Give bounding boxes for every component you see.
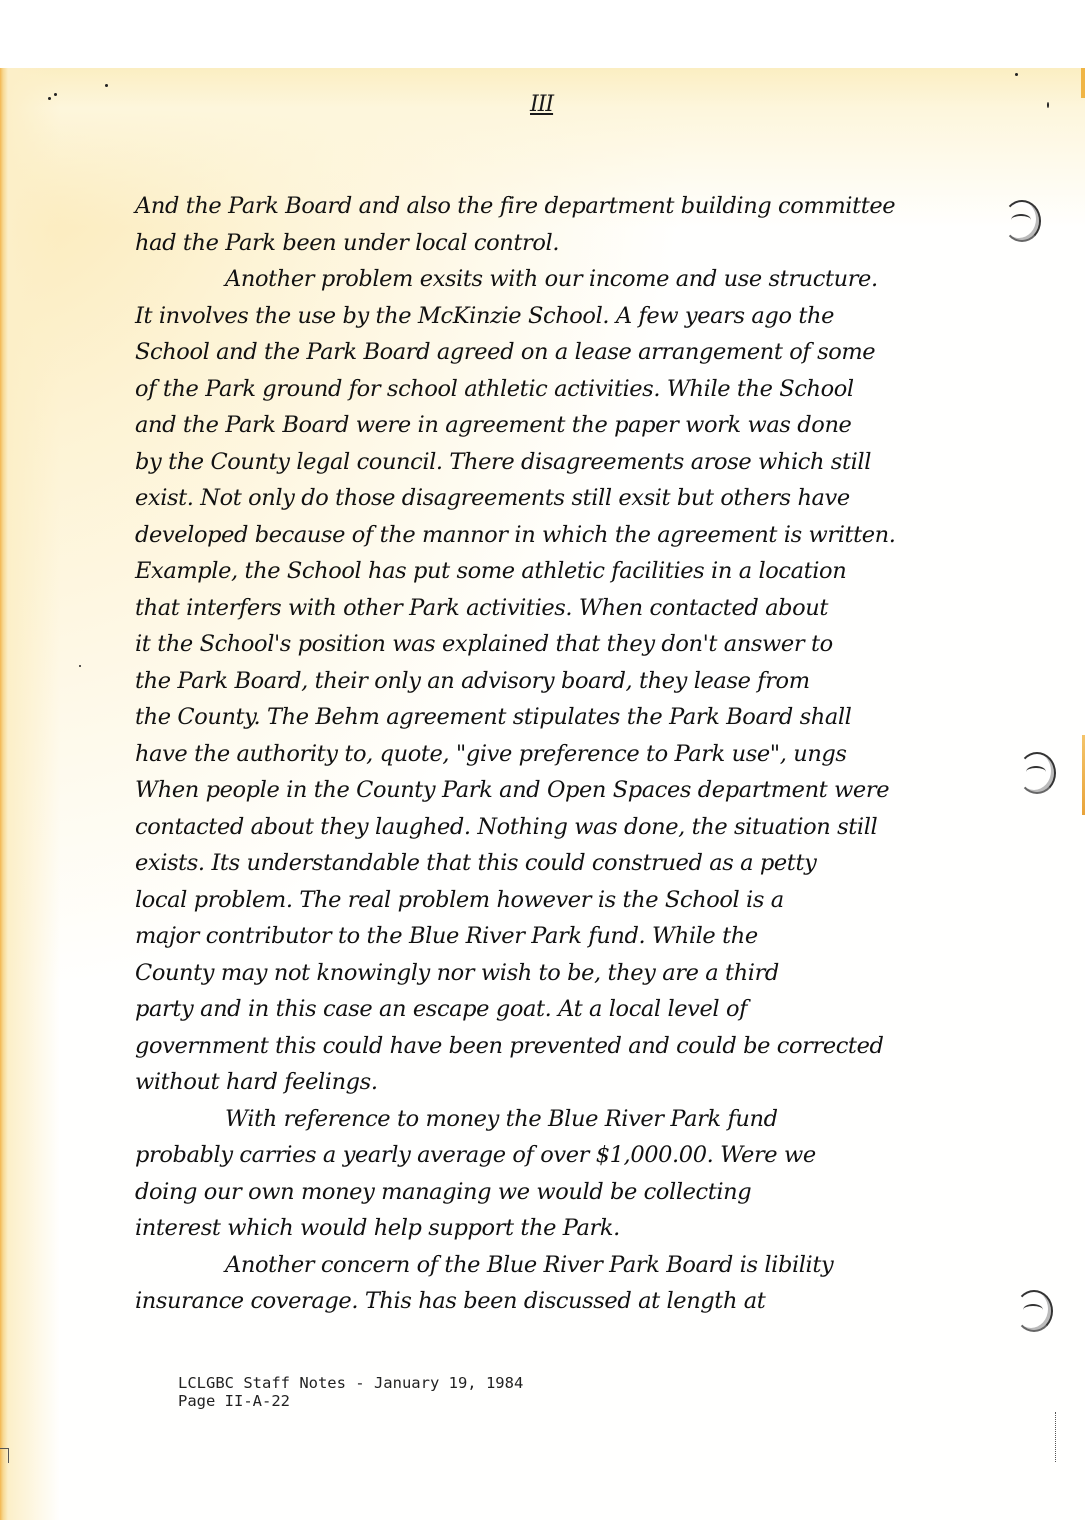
hole-punch-mark [1003,200,1041,242]
handwritten-line: insurance coverage. This has been discus… [135,1283,1035,1320]
handwritten-line: the County. The Behm agreement stipulate… [135,699,1035,736]
hole-punch-mark [1018,752,1056,794]
handwritten-line: had the Park been under local control. [135,225,1035,262]
handwritten-line: School and the Park Board agreed on a le… [135,334,1035,371]
paper-edge-stain [1081,68,1085,98]
footer: LCLGBC Staff Notes - January 19, 1984 Pa… [178,1374,523,1410]
handwritten-line: exists. Its understandable that this cou… [135,845,1035,882]
speck [1047,102,1049,108]
speck [79,665,81,667]
margin-tick [1055,1412,1057,1462]
page-marker: III [530,92,553,117]
hole-punch-mark [1015,1290,1053,1332]
handwritten-line: party and in this case an escape goat. A… [135,991,1035,1028]
handwritten-line: It involves the use by the McKinzie Scho… [135,298,1035,335]
handwritten-line: Another problem exsits with our income a… [135,261,1035,298]
handwritten-line: by the County legal council. There disag… [135,444,1035,481]
handwritten-line: government this could have been prevente… [135,1028,1035,1065]
handwritten-line: Another concern of the Blue River Park B… [135,1247,1035,1284]
handwritten-line: When people in the County Park and Open … [135,772,1035,809]
handwritten-line: doing our own money managing we would be… [135,1174,1035,1211]
speck [48,97,51,100]
handwritten-line: the Park Board, their only an advisory b… [135,663,1035,700]
footer-title: LCLGBC Staff Notes - January 19, 1984 [178,1374,523,1392]
footer-page: Page II-A-22 [178,1392,523,1410]
handwritten-line: that interfers with other Park activitie… [135,590,1035,627]
handwritten-line: without hard feelings. [135,1064,1035,1101]
handwritten-line: Example, the School has put some athleti… [135,553,1035,590]
corner-mark [0,1448,9,1463]
speck [105,84,108,87]
handwritten-line: contacted about they laughed. Nothing wa… [135,809,1035,846]
handwritten-line: probably carries a yearly average of ove… [135,1137,1035,1174]
handwritten-line: it the School's position was explained t… [135,626,1035,663]
handwritten-line: local problem. The real problem however … [135,882,1035,919]
handwritten-line: County may not knowingly nor wish to be,… [135,955,1035,992]
speck [54,93,57,96]
handwritten-line: have the authority to, quote, "give pref… [135,736,1035,773]
handwritten-line: interest which would help support the Pa… [135,1210,1035,1247]
handwritten-line: developed because of the mannor in which… [135,517,1035,554]
handwritten-line: and the Park Board were in agreement the… [135,407,1035,444]
handwritten-line: exist. Not only do those disagreements s… [135,480,1035,517]
handwritten-body: And the Park Board and also the fire dep… [135,188,1035,1320]
handwritten-line: And the Park Board and also the fire dep… [135,188,1035,225]
speck [1015,73,1018,76]
handwritten-line: With reference to money the Blue River P… [135,1101,1035,1138]
handwritten-line: of the Park ground for school athletic a… [135,371,1035,408]
handwritten-line: major contributor to the Blue River Park… [135,918,1035,955]
